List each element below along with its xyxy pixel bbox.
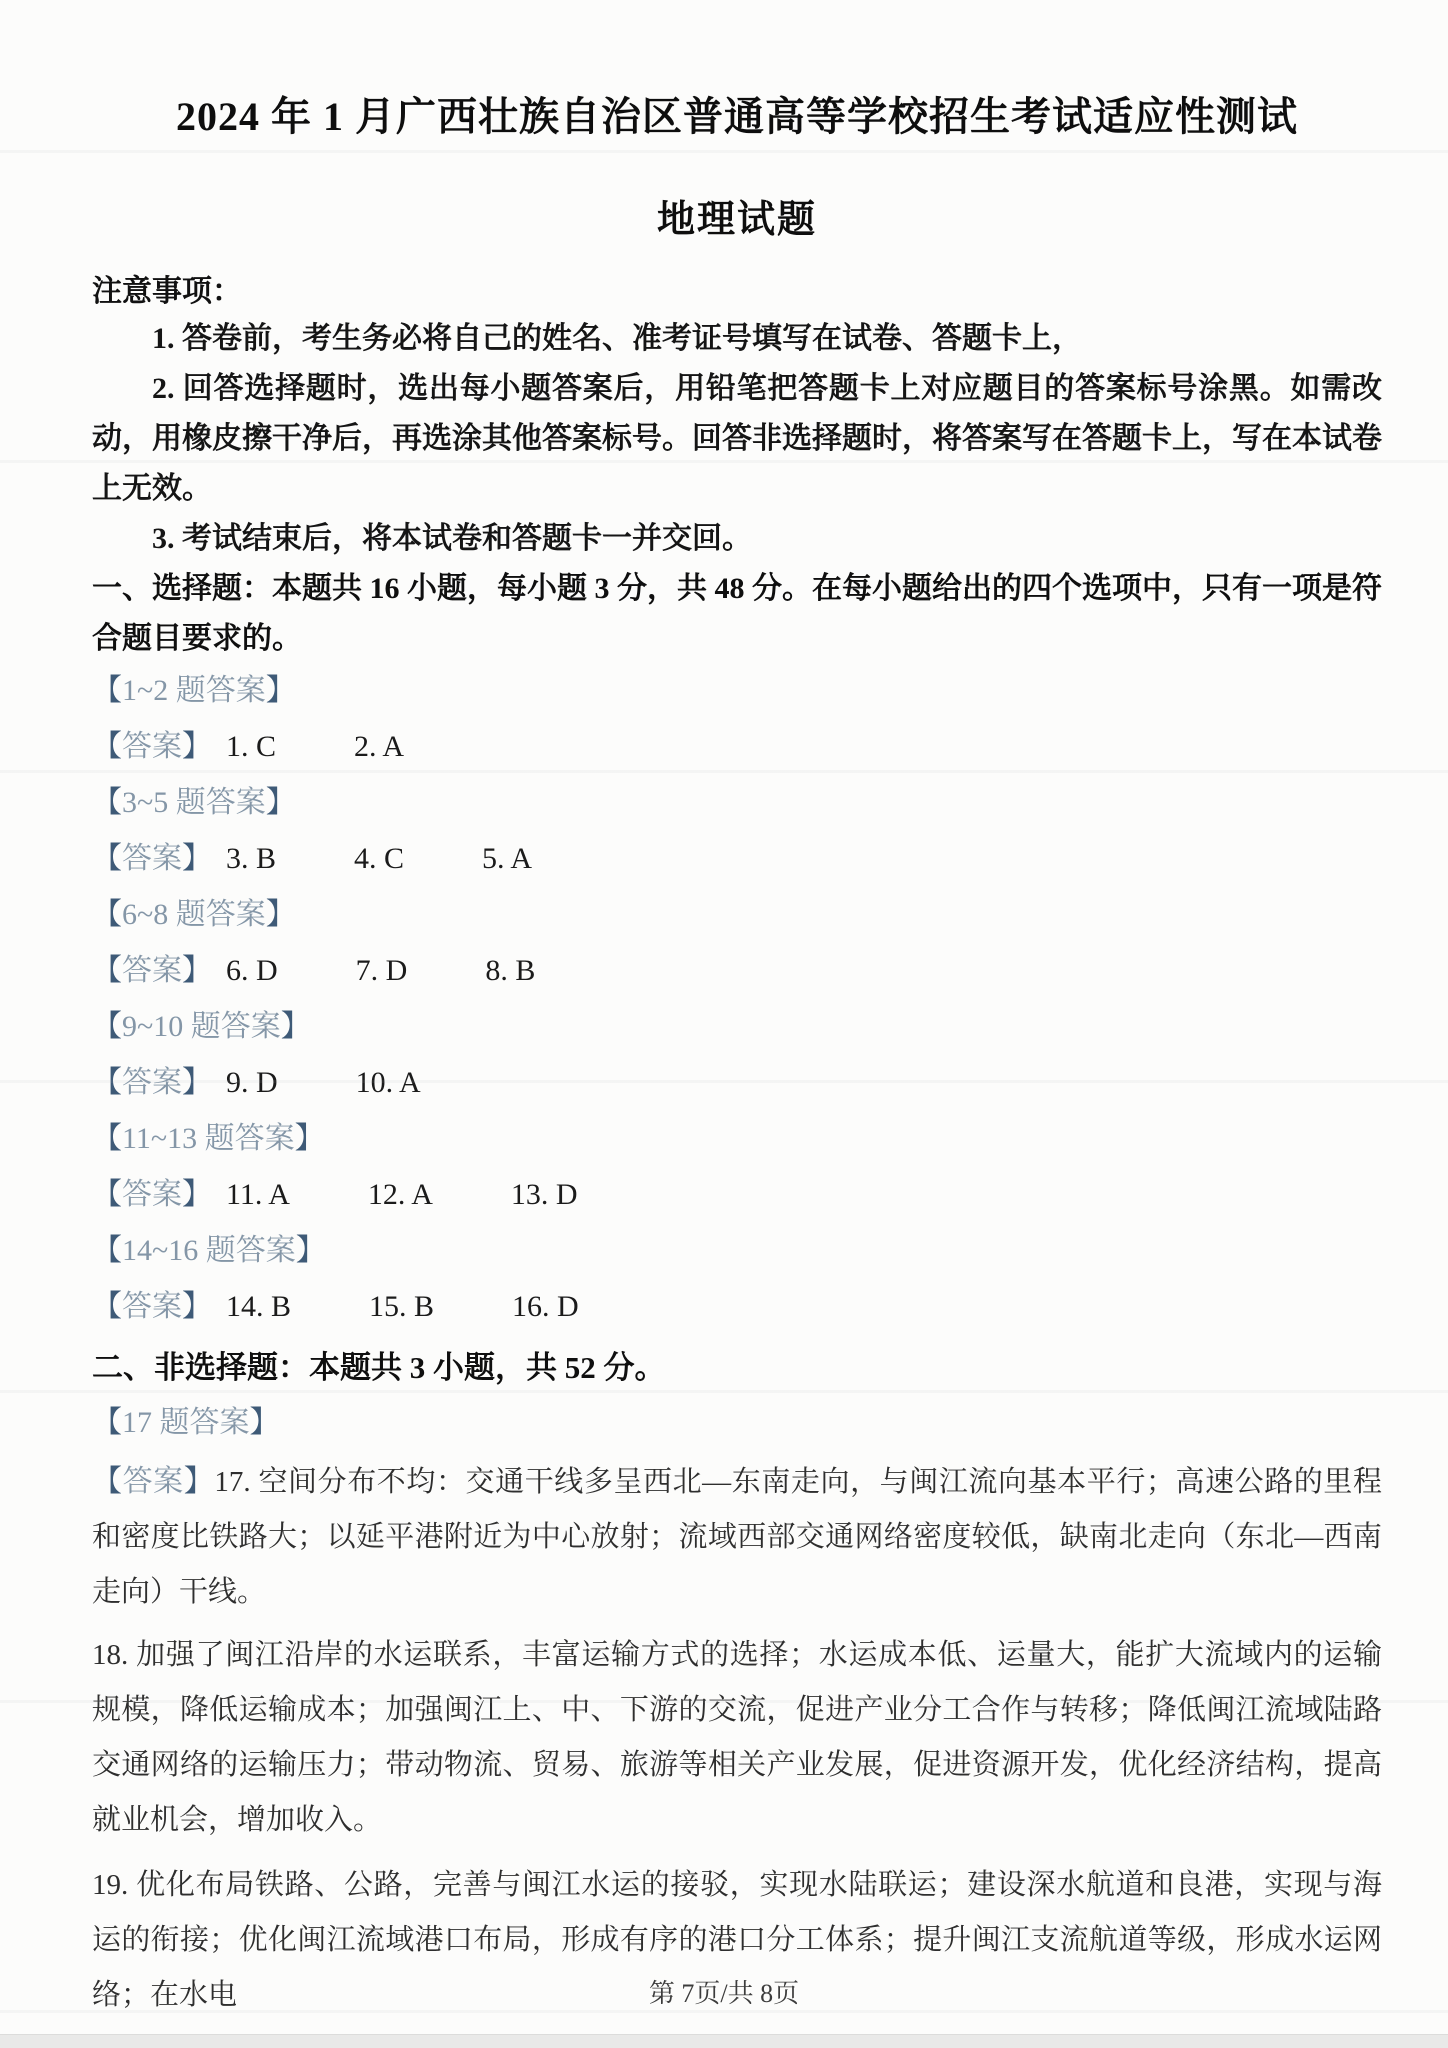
group-label: 1~2 题答案 bbox=[122, 674, 266, 707]
free-response-section-heading: 二、非选择题：本题共 3 小题，共 52 分。 bbox=[92, 1346, 1382, 1390]
answer-value: 7. D bbox=[356, 954, 408, 988]
answer-value: 10. A bbox=[356, 1066, 421, 1100]
group-label: 9~10 题答案 bbox=[122, 1010, 281, 1043]
bracket-close: 】 bbox=[184, 1465, 215, 1498]
bracket-close: 】 bbox=[266, 786, 296, 819]
answer-label: 答案 bbox=[122, 1290, 182, 1323]
answer-value: 15. B bbox=[369, 1290, 434, 1324]
notice-item-2: 2. 回答选择题时，选出每小题答案后，用铅笔把答题卡上对应题目的答案标号涂黑。如… bbox=[92, 364, 1382, 514]
bracket-close: 】 bbox=[182, 730, 212, 763]
page-number-footer: 第 7页/共 8页 bbox=[0, 1973, 1448, 2010]
group-label: 14~16 题答案 bbox=[122, 1234, 296, 1267]
bracket-open: 【 bbox=[92, 842, 122, 875]
bracket-open: 【 bbox=[92, 898, 122, 931]
bracket-close: 】 bbox=[296, 1234, 326, 1267]
answer-value: 14. B bbox=[226, 1290, 291, 1324]
bracket-open: 【 bbox=[92, 1122, 122, 1155]
bracket-close: 】 bbox=[182, 1066, 212, 1099]
answer-value: 11. A bbox=[226, 1178, 290, 1212]
answer-value: 8. B bbox=[485, 954, 535, 988]
answer-group-header: 【1~2 题答案】 bbox=[92, 674, 1382, 708]
answer-group-header: 【9~10 题答案】 bbox=[92, 1010, 1382, 1044]
answer-value: 13. D bbox=[511, 1178, 578, 1212]
choice-section-heading: 一、选择题：本题共 16 小题，每小题 3 分，共 48 分。在每小题给出的四个… bbox=[92, 564, 1382, 664]
answer-value: 2. A bbox=[354, 730, 404, 764]
answer-label: 答案 bbox=[123, 1465, 184, 1498]
answer-label: 答案 bbox=[122, 1066, 182, 1099]
group-label: 11~13 题答案 bbox=[122, 1122, 295, 1155]
scan-edge-artifact bbox=[0, 2034, 1448, 2048]
bracket-close: 】 bbox=[281, 1010, 311, 1043]
bracket-open: 【 bbox=[92, 674, 122, 707]
answer-row: 【答案】11. A12. A13. D bbox=[92, 1178, 1382, 1212]
answer-row: 【答案】9. D10. A bbox=[92, 1066, 1382, 1100]
bracket-open: 【 bbox=[92, 1234, 122, 1267]
bracket-open: 【 bbox=[92, 954, 122, 987]
answer-paragraph-17: 【答案】17. 空间分布不均：交通干线多呈西北—东南走向，与闽江流向基本平行；高… bbox=[92, 1454, 1382, 1620]
answer-value: 16. D bbox=[512, 1290, 579, 1324]
bracket-close: 】 bbox=[182, 1290, 212, 1323]
notice-item-1: 1. 答卷前，考生务必将自己的姓名、准考证号填写在试卷、答题卡上， bbox=[92, 314, 1382, 364]
bracket-open: 【 bbox=[92, 1465, 123, 1498]
answer-label: 答案 bbox=[122, 1178, 182, 1211]
answer-row: 【答案】1. C2. A bbox=[92, 730, 1382, 764]
answer-value: 12. A bbox=[368, 1178, 433, 1212]
notice-item-3: 3. 考试结束后，将本试卷和答题卡一并交回。 bbox=[92, 514, 1382, 564]
answer-row: 【答案】3. B4. C5. A bbox=[92, 842, 1382, 876]
bracket-open: 【 bbox=[92, 1010, 122, 1043]
answer-label: 答案 bbox=[122, 954, 182, 987]
answer-group-header: 【11~13 题答案】 bbox=[92, 1122, 1382, 1156]
answer-17-text: 17. 空间分布不均：交通干线多呈西北—东南走向，与闽江流向基本平行；高速公路的… bbox=[92, 1466, 1382, 1608]
bracket-close: 】 bbox=[182, 1178, 212, 1211]
notice-heading: 注意事项： bbox=[92, 270, 1382, 314]
group-label: 3~5 题答案 bbox=[122, 786, 266, 819]
bracket-close: 】 bbox=[250, 1406, 280, 1439]
answer-group-header: 【6~8 题答案】 bbox=[92, 898, 1382, 932]
answer-value: 9. D bbox=[226, 1066, 278, 1100]
bracket-close: 】 bbox=[182, 842, 212, 875]
bracket-open: 【 bbox=[92, 786, 122, 819]
answer-value: 3. B bbox=[226, 842, 276, 876]
bracket-close: 】 bbox=[182, 954, 212, 987]
answer-label: 答案 bbox=[122, 842, 182, 875]
bracket-close: 】 bbox=[266, 674, 296, 707]
answer-paragraph-18: 18. 加强了闽江沿岸的水运联系，丰富运输方式的选择；水运成本低、运量大，能扩大… bbox=[92, 1628, 1382, 1848]
answer-value: 6. D bbox=[226, 954, 278, 988]
choice-answers-area: 【1~2 题答案】 【答案】1. C2. A 【3~5 题答案】 【答案】3. … bbox=[92, 674, 1382, 1324]
bracket-open: 【 bbox=[92, 730, 122, 763]
answer-group-header-17: 【17 题答案】 bbox=[92, 1406, 1382, 1440]
answer-value: 5. A bbox=[482, 842, 532, 876]
page-title: 2024 年 1 月广西壮族自治区普通高等学校招生考试适应性测试 bbox=[92, 92, 1382, 142]
group-label: 17 题答案 bbox=[122, 1406, 250, 1439]
bracket-open: 【 bbox=[92, 1406, 122, 1439]
answer-row: 【答案】14. B15. B16. D bbox=[92, 1290, 1382, 1324]
answer-group-header: 【3~5 题答案】 bbox=[92, 786, 1382, 820]
page-subtitle: 地理试题 bbox=[92, 196, 1382, 244]
group-label: 6~8 题答案 bbox=[122, 898, 266, 931]
bracket-close: 】 bbox=[295, 1122, 325, 1155]
answer-row: 【答案】6. D7. D8. B bbox=[92, 954, 1382, 988]
bracket-open: 【 bbox=[92, 1290, 122, 1323]
answer-value: 4. C bbox=[354, 842, 404, 876]
answer-label: 答案 bbox=[122, 730, 182, 763]
bracket-open: 【 bbox=[92, 1178, 122, 1211]
answer-value: 1. C bbox=[226, 730, 276, 764]
answer-group-header: 【14~16 题答案】 bbox=[92, 1234, 1382, 1268]
bracket-open: 【 bbox=[92, 1066, 122, 1099]
exam-answer-page: 2024 年 1 月广西壮族自治区普通高等学校招生考试适应性测试 地理试题 注意… bbox=[0, 0, 1448, 2048]
bracket-close: 】 bbox=[266, 898, 296, 931]
